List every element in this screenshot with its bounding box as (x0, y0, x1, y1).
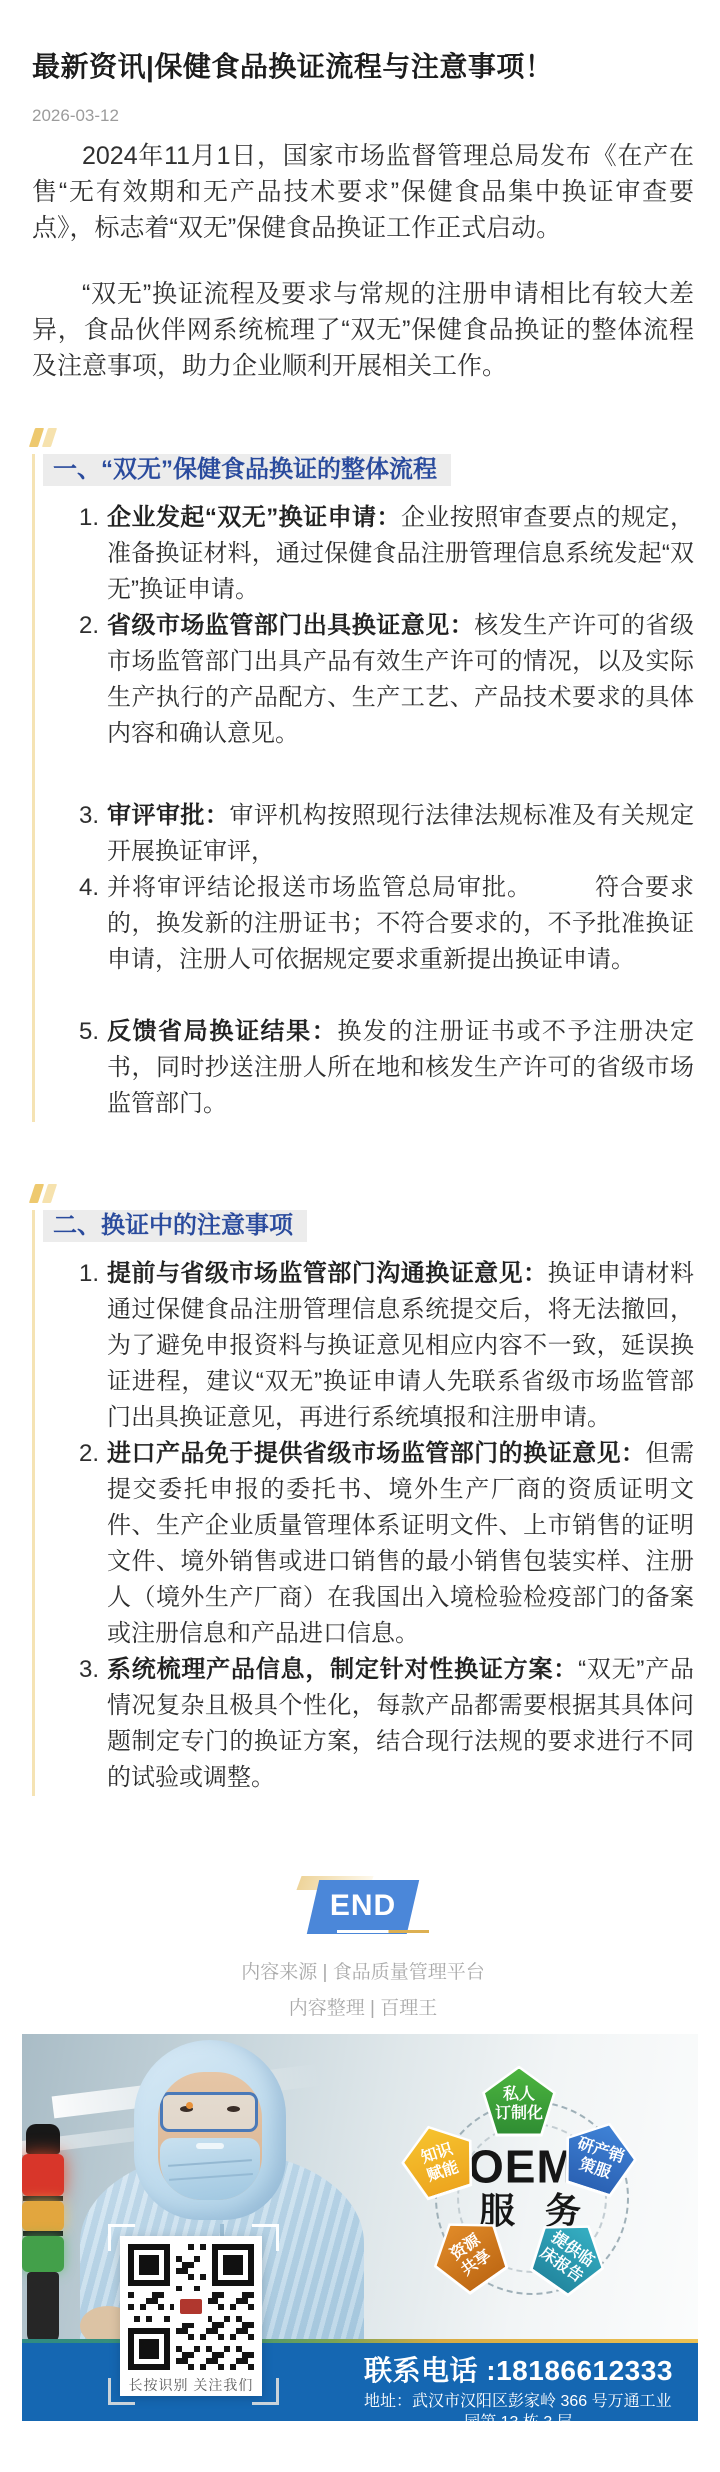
item-number: 1. (79, 1256, 107, 1436)
face-mask (160, 2138, 260, 2200)
list-item: 1. 提前与省级市场监管部门沟通换证意见：换证申请材料通过保健食品注册管理信息系… (79, 1256, 694, 1436)
item-text: 省级市场监管部门出具换证意见：核发生产许可的省级市场监管部门出具产品有效生产许可… (107, 608, 694, 752)
list-item: 3. 审评审批：审评机构按照现行法律法规标准及有关规定开展换证审评， (79, 798, 694, 870)
qr-corner-bracket (108, 2224, 135, 2251)
list-item: 4. 并将审评结论报送市场监管总局审批。 符合要求的，换发新的注册证书；不符合要… (79, 870, 694, 978)
end-underline (337, 1930, 429, 1933)
end-label: END (313, 1880, 413, 1934)
tower-amber-light (22, 2201, 64, 2231)
item-text: 并将审评结论报送市场监管总局审批。 符合要求的，换发新的注册证书；不符合要求的，… (107, 870, 694, 978)
oem-diagram: OEM+ 服 务 私人订制化 知识赋能 研产销策服 资源共享 提供临床报告 (402, 2058, 658, 2328)
credits: 内容来源 | 食品质量管理平台 内容整理 | 百理王 (32, 1960, 694, 2022)
tower-cap (26, 2124, 60, 2154)
publish-date: 2026-03-12 (32, 106, 694, 126)
badge-private-customization: 私人订制化 (482, 2066, 556, 2137)
article-page: 最新资讯|保健食品换证流程与注意事项！ 2026-03-12 2024年11月1… (0, 0, 720, 2472)
notes-list: 1. 提前与省级市场监管部门沟通换证意见：换证申请材料通过保健食品注册管理信息系… (43, 1256, 694, 1796)
item-text: 审评审批：审评机构按照现行法律法规标准及有关规定开展换证审评， (107, 798, 694, 870)
worker-face (158, 2072, 262, 2200)
contact-phone[interactable]: 联系电话 :18186612333 (364, 2349, 673, 2389)
item-text: 企业发起“双无”换证申请：企业按照审查要点的规定，准备换证材料，通过保健食品注册… (107, 500, 694, 608)
end-badge: END (297, 1880, 429, 1938)
item-text: 提前与省级市场监管部门沟通换证意见：换证申请材料通过保健食品注册管理信息系统提交… (107, 1256, 694, 1436)
section-heading-1: 一、“双无”保健食品换证的整体流程 (43, 454, 451, 486)
item-number: 5. (79, 1014, 107, 1122)
list-item: 1. 企业发起“双无”换证申请：企业按照审查要点的规定，准备换证材料，通过保健食… (79, 500, 694, 608)
item-number: 3. (79, 1652, 107, 1796)
list-item: 3. 系统梳理产品信息，制定针对性换证方案：“双无”产品情况复杂且极具个性化，每… (79, 1652, 694, 1796)
item-number: 2. (79, 1436, 107, 1652)
credit-source: 内容来源 | 食品质量管理平台 (32, 1960, 694, 1986)
paragraph-intro-1: 2024年11月1日，国家市场监督管理总局发布《在产在售“无有效期和无产品技术要… (32, 138, 694, 246)
tower-base (27, 2272, 59, 2339)
qr-code[interactable] (128, 2244, 254, 2370)
qr-corner-bracket (108, 2378, 135, 2405)
contact-info: 联系电话 :18186612333 地址：武汉市汉阳区彭家岭 366 号万通工业… (364, 2349, 673, 2433)
list-item: 5. 反馈省局换证结果：换发的注册证书或不予注册决定书，同时抄送注册人所在地和核… (79, 1014, 694, 1122)
item-number: 4. (79, 870, 107, 978)
item-text: 系统梳理产品信息，制定针对性换证方案：“双无”产品情况复杂且极具个性化，每款产品… (107, 1652, 694, 1796)
qr-card: 长按识别 关注我们 (120, 2236, 262, 2396)
promo-banner: OEM+ 服 务 私人订制化 知识赋能 研产销策服 资源共享 提供临床报告 (22, 2034, 698, 2421)
section-heading-2: 二、换证中的注意事项 (43, 1210, 307, 1242)
quote-marks-icon (32, 428, 694, 448)
item-text: 进口产品免于提供省级市场监管部门的换证意见：但需提交委托申报的委托书、境外生产厂… (107, 1436, 694, 1652)
section-notes: 二、换证中的注意事项 1. 提前与省级市场监管部门沟通换证意见：换证申请材料通过… (32, 1210, 694, 1796)
quote-marks-icon (32, 1184, 694, 1204)
list-item: 2. 省级市场监管部门出具换证意见：核发生产许可的省级市场监管部门出具产品有效生… (79, 608, 694, 752)
contact-address: 地址：武汉市汉阳区彭家岭 366 号万通工业 园第 13 栋 3 层 (364, 2391, 673, 2433)
list-item: 2. 进口产品免于提供省级市场监管部门的换证意见：但需提交委托申报的委托书、境外… (79, 1436, 694, 1652)
paragraph-intro-2: “双无”换证流程及要求与常规的注册申请相比有较大差异，食品伙伴网系统梳理了“双无… (32, 276, 694, 384)
safety-goggles (160, 2092, 258, 2132)
qr-caption: 长按识别 关注我们 (129, 2375, 254, 2395)
item-number: 1. (79, 500, 107, 608)
qr-corner-bracket (252, 2378, 279, 2405)
item-number: 2. (79, 608, 107, 752)
process-list: 1. 企业发起“双无”换证申请：企业按照审查要点的规定，准备换证材料，通过保健食… (43, 500, 694, 1122)
item-number: 3. (79, 798, 107, 870)
section-process: 一、“双无”保健食品换证的整体流程 1. 企业发起“双无”换证申请：企业按照审查… (32, 454, 694, 1122)
tower-red-light (22, 2154, 64, 2196)
tower-green-light (22, 2236, 64, 2272)
credit-editor: 内容整理 | 百理王 (32, 1996, 694, 2022)
qr-center-logo (174, 2291, 208, 2323)
qr-corner-bracket (252, 2224, 279, 2251)
signal-tower-icon (22, 2124, 64, 2339)
item-text: 反馈省局换证结果：换发的注册证书或不予注册决定书，同时抄送注册人所在地和核发生产… (107, 1014, 694, 1122)
page-title: 最新资讯|保健食品换证流程与注意事项！ (32, 47, 694, 87)
